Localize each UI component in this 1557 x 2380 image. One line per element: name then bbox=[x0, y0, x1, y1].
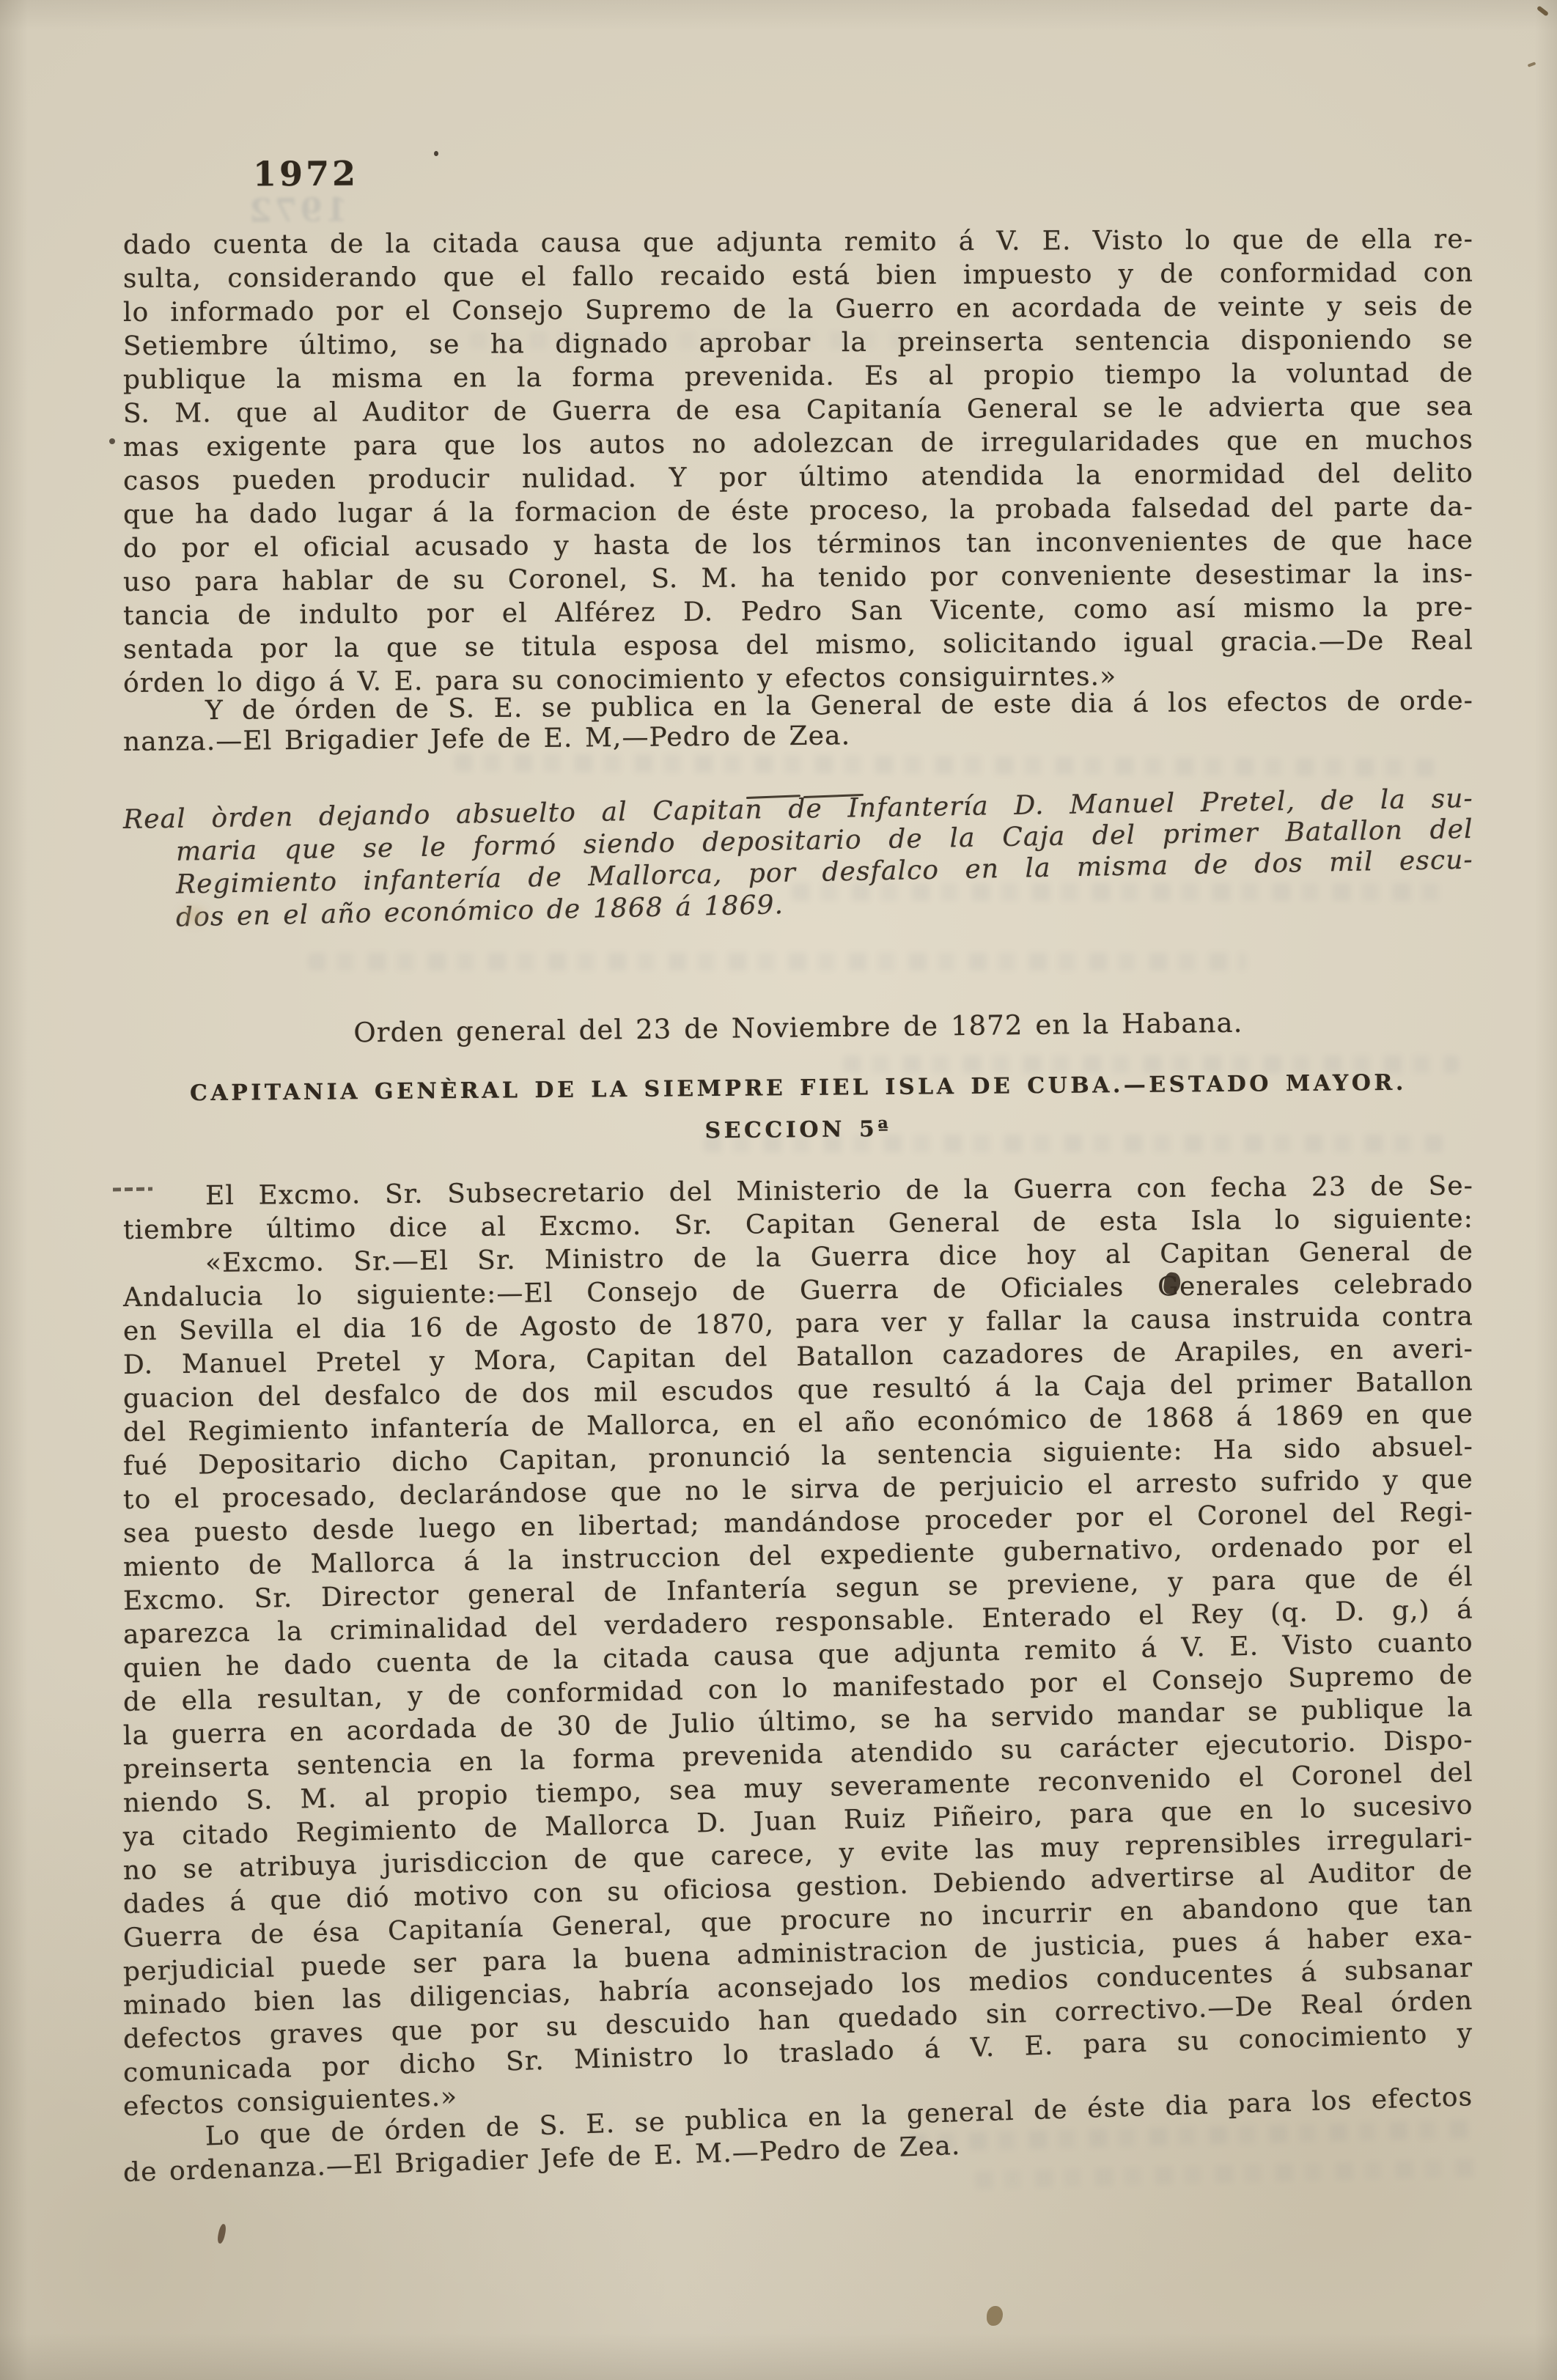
stray-press-mark bbox=[113, 1187, 152, 1192]
show-through-ghost bbox=[308, 953, 1246, 970]
ink-speck bbox=[216, 2223, 227, 2244]
ink-speck bbox=[1536, 5, 1549, 16]
order-general-dateline: Orden general del 23 de Noviembre de 187… bbox=[123, 1019, 1473, 1053]
main-order-paragraph: El Excmo. Sr. Subsecretario del Minister… bbox=[123, 1180, 1473, 2124]
show-through-ghost bbox=[469, 331, 924, 349]
page-number-show-through: 1972 bbox=[246, 191, 348, 229]
page-number: 1972 bbox=[253, 154, 358, 194]
paper-stain bbox=[176, 903, 210, 928]
opening-paragraph: dado cuenta de la citada causa que adjun… bbox=[123, 229, 1473, 701]
ink-speck bbox=[109, 438, 115, 444]
ink-speck bbox=[1528, 62, 1536, 67]
show-through-ghost bbox=[704, 1135, 1444, 1152]
show-through-ghost bbox=[792, 883, 1451, 901]
ink-speck bbox=[434, 151, 438, 156]
order-publication-paragraph: Y de órden de S. E. se publica en la Gen… bbox=[123, 696, 1473, 758]
paper-stain-speck bbox=[987, 2306, 1003, 2326]
royal-order-summary: Real òrden dejando absuelto al Capitan d… bbox=[123, 803, 1473, 935]
text-line: Orden general del 23 de Noviembre de 187… bbox=[123, 1003, 1473, 1053]
scanned-page: 1972 1972 dado cuenta de la citada causa… bbox=[0, 0, 1557, 2380]
show-through-ghost bbox=[843, 1055, 1459, 1073]
